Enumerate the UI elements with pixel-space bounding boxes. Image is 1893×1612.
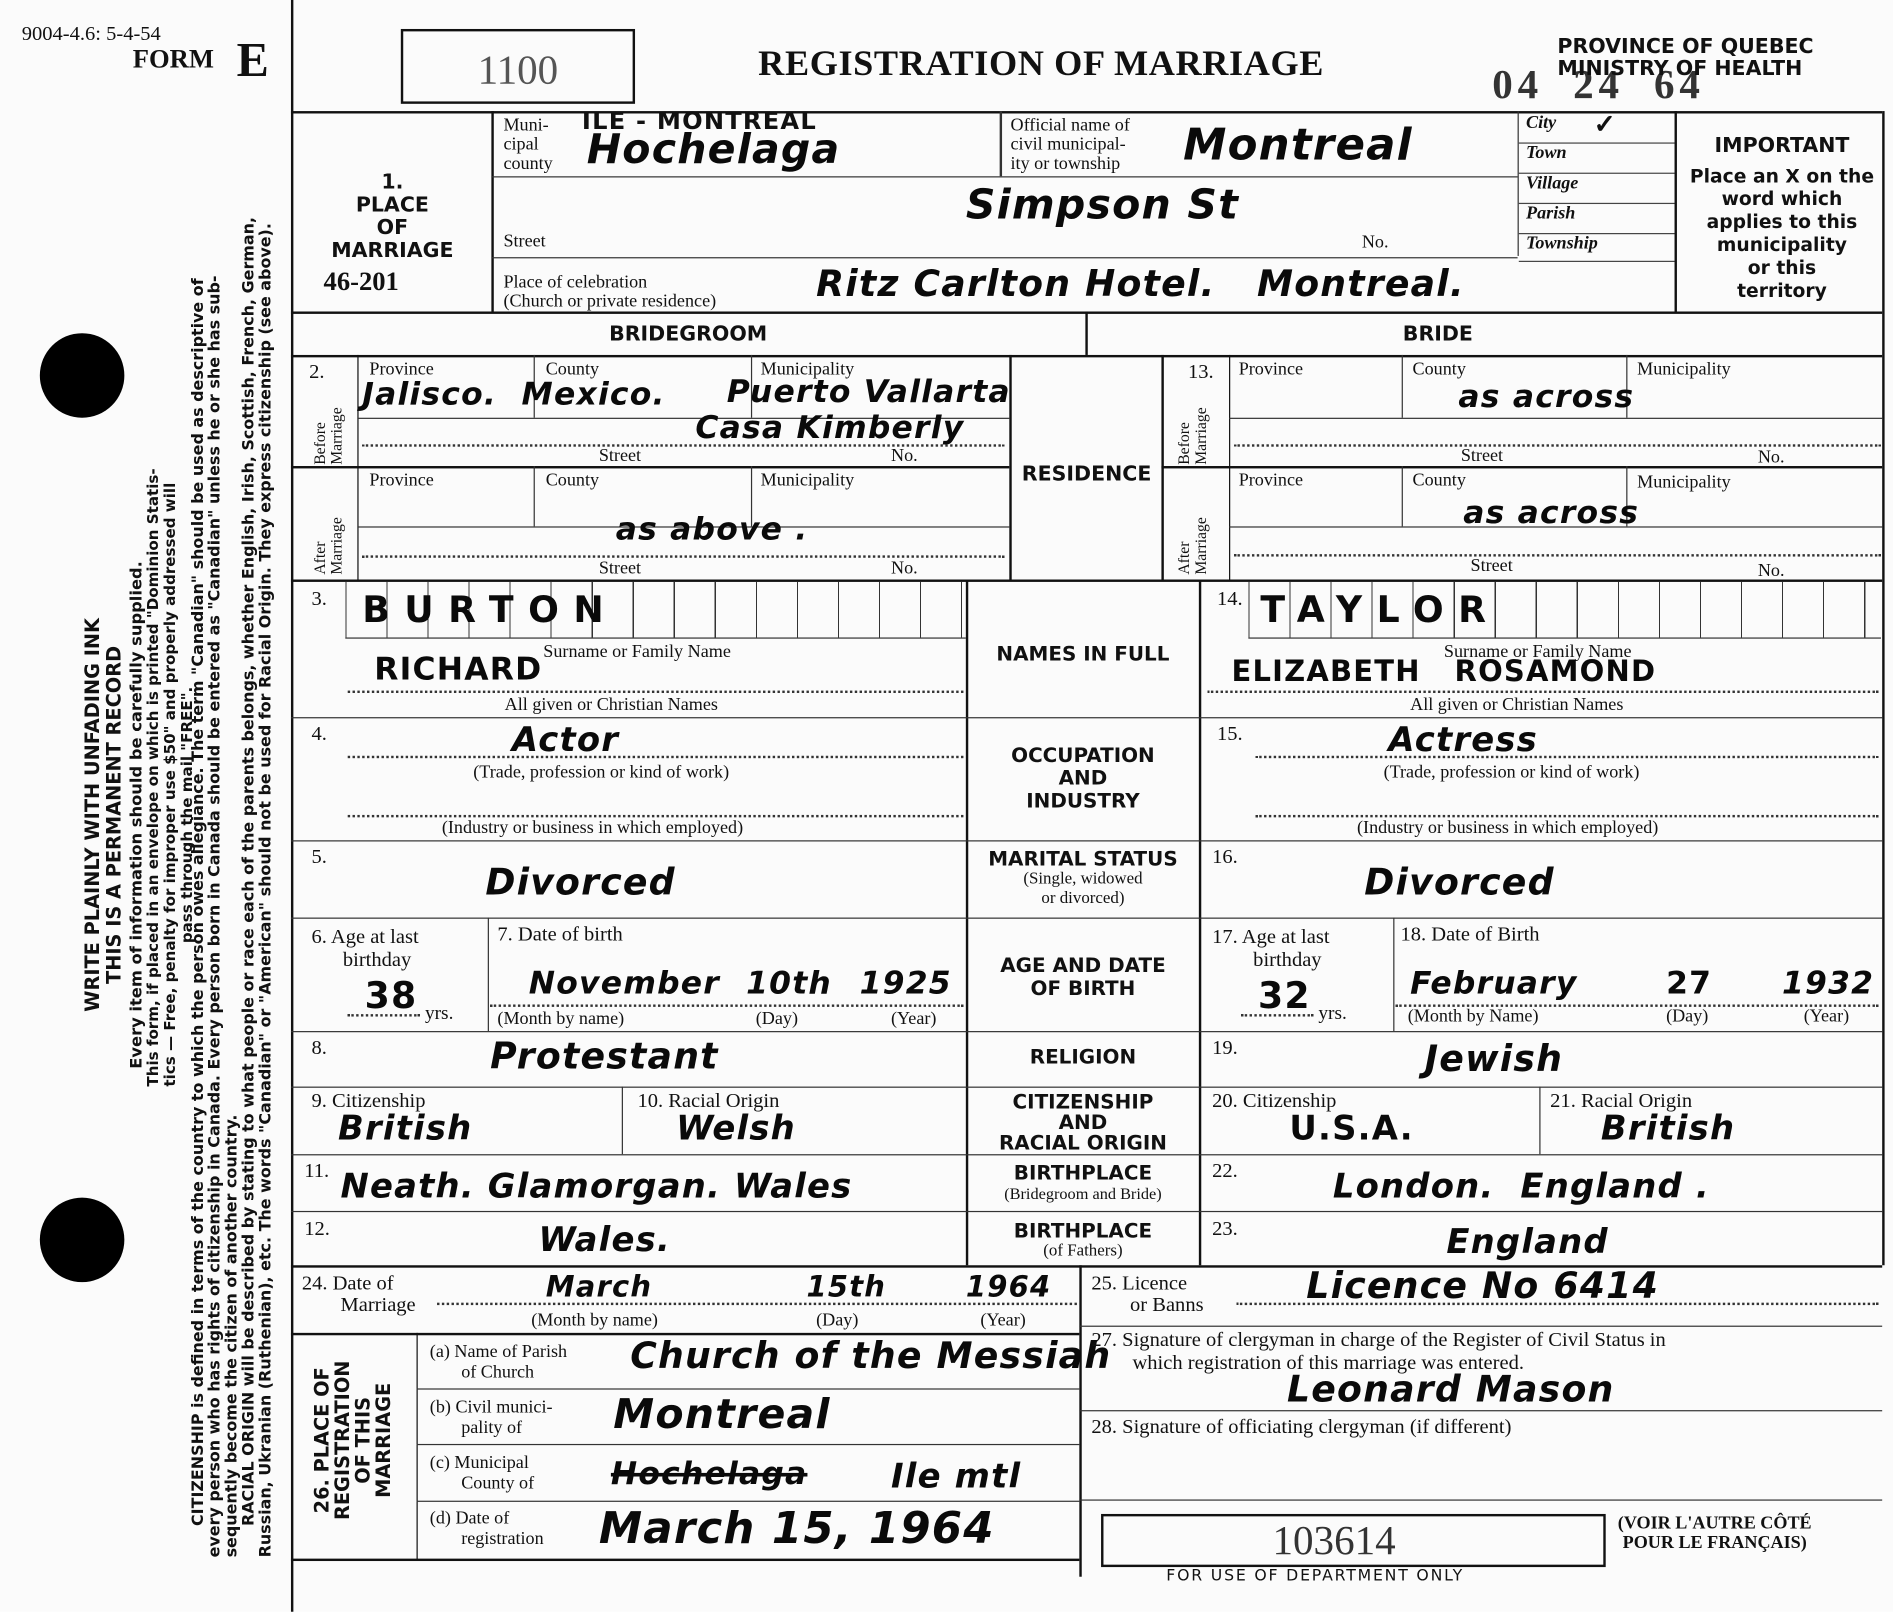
department-number: 103614 <box>1272 1519 1395 1565</box>
label-line: (d) Date of <box>430 1509 544 1530</box>
label-line: Signature of clergyman in charge of the … <box>1122 1328 1666 1351</box>
type-label: Township <box>1526 234 1598 253</box>
registration-date-label: (d) Date ofregistration <box>430 1509 544 1550</box>
groom-before-county[interactable]: Mexico. <box>522 377 666 413</box>
licence-value[interactable]: Licence No 6414 <box>1306 1265 1659 1307</box>
note-line: or this <box>1678 257 1886 280</box>
dotted-line <box>1256 756 1879 758</box>
rule <box>1402 466 1403 526</box>
province-label: Province <box>1239 360 1303 379</box>
groom-marital-status[interactable]: Divorced <box>485 862 675 904</box>
no-label: No. <box>891 447 918 466</box>
label-line: Marriage <box>328 407 345 465</box>
field-number: 2. <box>309 360 324 384</box>
celebration-label: Place of celebration (Church or private … <box>503 273 716 312</box>
rule <box>491 257 1517 258</box>
rule <box>291 840 1882 841</box>
rule <box>291 355 1882 357</box>
municipal-county-label: (c) MunicipalCounty of <box>430 1454 534 1495</box>
rule <box>1079 1265 1081 1576</box>
label-line: Marriage <box>302 1293 416 1316</box>
marital-heading: MARITAL STATUS (Single, widowed or divor… <box>968 848 1197 910</box>
groom-occupation[interactable]: Actor <box>512 720 619 760</box>
field-number: 11. <box>304 1159 329 1183</box>
bride-age[interactable]: 32 <box>1258 975 1311 1017</box>
sig28-signature-field[interactable] <box>1091 1444 1864 1492</box>
notice-line: THIS IS A PERMANENT RECORD <box>104 567 126 1062</box>
groom-birthplace[interactable]: Neath. Glamorgan. Wales <box>340 1166 852 1206</box>
groom-age-label: 6. Age at lastbirthday <box>311 925 418 971</box>
street-label: Street <box>599 559 641 578</box>
field-number: 20. <box>1212 1089 1238 1112</box>
bride-birthplace[interactable]: London. England . <box>1333 1166 1710 1206</box>
month-label: (Month by name) <box>531 1311 658 1330</box>
rule <box>488 918 489 1031</box>
dotted-line <box>348 691 964 693</box>
notice-line: WRITE PLAINLY WITH UNFADING INK <box>82 567 104 1062</box>
check-mark-icon: ✓ <box>1594 109 1616 140</box>
rule <box>291 1154 1882 1155</box>
registration-date-value[interactable]: March 15, 1964 <box>599 1504 995 1553</box>
field-number: 17. <box>1212 925 1238 948</box>
rule <box>622 1087 623 1155</box>
label-line: Marriage <box>1193 517 1210 575</box>
trade-label: (Trade, profession or kind of work) <box>473 763 729 782</box>
dotted-line <box>348 1014 420 1016</box>
label-line: Muni- <box>503 116 552 135</box>
civil-municipality-value[interactable]: Montreal <box>613 1391 830 1439</box>
rule <box>1402 355 1403 418</box>
rule <box>291 1031 1882 1032</box>
day-label: (Day) <box>816 1311 858 1330</box>
label-line: Age at last <box>1242 925 1330 948</box>
label-line: Before <box>311 407 328 465</box>
province-label: Province <box>1239 471 1303 490</box>
place-code: 46-201 <box>324 266 399 297</box>
label-line: County of <box>430 1474 534 1495</box>
label-line: or Banns <box>1091 1293 1203 1316</box>
bride-dob-label: 18. Date of Birth <box>1400 925 1539 944</box>
label-line: civil municipal- <box>1011 135 1130 154</box>
rule <box>1675 111 1677 311</box>
place-heading: 1. PLACE OF MARRIAGE <box>302 171 483 263</box>
label-line: cipal <box>503 135 552 154</box>
parish-label: (a) Name of Parishof Church <box>430 1343 567 1384</box>
marriage-date-label: 24. Date ofMarriage <box>302 1272 416 1315</box>
label-line: (a) Name of Parish <box>430 1343 567 1364</box>
label-line: registration <box>430 1530 544 1551</box>
form-code: 9004-4.6: 5-4-54 <box>22 22 161 46</box>
heading-line: AND <box>968 767 1197 790</box>
field-number: 12. <box>304 1217 330 1241</box>
province-label: Province <box>369 471 433 490</box>
street-value[interactable]: Simpson St <box>966 181 1239 229</box>
bride-heading: BRIDE <box>1088 324 1788 347</box>
street-label: Street <box>1461 447 1503 466</box>
field-number: 5. <box>311 845 326 869</box>
county-label: County <box>546 471 599 490</box>
heading-line: RACIAL ORIGIN <box>968 1132 1197 1153</box>
before-marriage-label: BeforeMarriage <box>1176 407 1210 465</box>
note-line: (VOIR L'AUTRE CÔTÉ <box>1618 1514 1812 1533</box>
rule <box>417 1444 1080 1445</box>
field-number: 8. <box>311 1036 326 1060</box>
rule <box>417 1388 1080 1389</box>
rule <box>1161 466 1882 468</box>
given-names-label: All given or Christian Names <box>505 695 718 714</box>
french-note: (VOIR L'AUTRE CÔTÉ POUR LE FRANÇAIS) <box>1618 1514 1812 1553</box>
heading-line: 26. PLACE OF <box>311 1338 332 1543</box>
note-line: municipality <box>1678 234 1886 257</box>
marriage-month[interactable]: March <box>546 1270 653 1304</box>
type-label: City <box>1526 113 1556 132</box>
county-label: County <box>1413 360 1466 379</box>
bride-given-names[interactable]: ELIZABETH ROSAMOND <box>1231 654 1656 688</box>
heading-line: MARRIAGE <box>373 1338 394 1543</box>
dotted-line <box>348 815 964 817</box>
paragraph-line: RACIAL ORIGIN will be described by stati… <box>241 72 258 1557</box>
field-number: 28. <box>1091 1415 1117 1438</box>
field-number: 16. <box>1212 845 1238 869</box>
label-line: Date of birth <box>518 922 623 945</box>
province-heading: PROVINCE OF QUEBEC MINISTRY OF HEALTH <box>1557 36 1813 79</box>
bride-age-label: 17. Age at lastbirthday <box>1212 925 1329 971</box>
rule <box>1000 111 1002 176</box>
groom-before-street[interactable]: Casa Kimberly <box>695 410 964 446</box>
dotted-line <box>1256 815 1879 817</box>
important-title: IMPORTANT <box>1678 135 1886 158</box>
ministry-line: MINISTRY OF HEALTH <box>1557 58 1813 80</box>
rule <box>417 1501 1080 1502</box>
rule <box>1199 580 1201 1266</box>
age-heading: AGE AND DATE OF BIRTH <box>968 954 1197 1000</box>
month-label: (Month by name) <box>497 1009 624 1028</box>
citizenship-paragraph: CITIZENSHIP is defined in terms of the c… <box>191 72 276 1557</box>
heading-line: BIRTHPLACE <box>968 1161 1197 1184</box>
citizenship-heading: CITIZENSHIP AND RACIAL ORIGIN <box>968 1091 1197 1153</box>
groom-surname[interactable]: BURTON <box>362 589 618 631</box>
surname-label: Surname or Family Name <box>543 642 731 661</box>
heading-line: OF <box>302 217 483 240</box>
occupation-heading: OCCUPATION AND INDUSTRY <box>968 744 1197 813</box>
rule <box>1229 418 1882 419</box>
father-birthplace-heading: BIRTHPLACE (of Fathers) <box>968 1219 1197 1261</box>
rule <box>1882 111 1884 1265</box>
groom-dob-year[interactable]: 1925 <box>860 966 952 1002</box>
municipal-county-value[interactable]: Ile mtl <box>891 1456 1021 1496</box>
heading-line: AND <box>968 1112 1197 1133</box>
heading-line: BIRTHPLACE <box>968 1219 1197 1242</box>
marriage-day[interactable]: 15th <box>806 1270 886 1304</box>
municipality-label: Municipality <box>1637 473 1731 492</box>
groom-given-names[interactable]: RICHARD <box>374 652 542 688</box>
yrs-label: yrs. <box>425 1004 453 1023</box>
given-names-label: All given or Christian Names <box>1410 695 1623 714</box>
type-village[interactable]: Village <box>1519 174 1675 204</box>
day-label: (Day) <box>756 1009 798 1028</box>
municipality-label: Municipality <box>761 471 855 490</box>
bride-before-county[interactable]: as across <box>1458 379 1634 415</box>
bride-dob-month[interactable]: February <box>1410 966 1577 1002</box>
heading-line: INDUSTRY <box>968 790 1197 813</box>
heading-line: AGE AND DATE <box>968 954 1197 977</box>
county-label: County <box>1413 471 1466 490</box>
municipal-county-struck-value: Hochelaga <box>611 1456 808 1492</box>
names-heading: NAMES IN FULL <box>968 642 1197 665</box>
residence-heading: RESIDENCE <box>1012 464 1162 487</box>
dotted-line <box>1207 691 1878 693</box>
field-number: 3. <box>311 587 326 611</box>
department-label: FOR USE OF DEPARTMENT ONLY <box>1166 1567 1464 1585</box>
registration-heading: 26. PLACE OF REGISTRATION OF THIS MARRIA… <box>311 1338 393 1543</box>
paragraph-line: This form, if placed in an envelope on w… <box>145 543 162 1086</box>
groom-after-street[interactable]: as above . <box>616 512 809 548</box>
rule <box>291 1559 1079 1561</box>
heading-line: OF BIRTH <box>968 977 1197 1000</box>
licence-label: 25. Licenceor Banns <box>1091 1272 1203 1315</box>
groom-before-province[interactable]: Jalisco. <box>362 377 497 413</box>
type-township[interactable]: Township <box>1519 234 1675 262</box>
day-label: (Day) <box>1666 1007 1708 1026</box>
rule <box>1079 1326 1882 1327</box>
label-line: pality of <box>430 1419 553 1440</box>
groom-religion[interactable]: Protestant <box>490 1036 719 1078</box>
important-note: IMPORTANT Place an X on the word which a… <box>1678 135 1886 303</box>
municipality-type-list: City✓ Town Village Parish Township <box>1519 113 1675 261</box>
parish-value[interactable]: Church of the Messiah <box>630 1335 1111 1377</box>
no-label: No. <box>1758 448 1785 467</box>
stamp-number-box: 1100 <box>401 29 635 104</box>
field-number: 21. <box>1550 1089 1576 1112</box>
type-town[interactable]: Town <box>1519 144 1675 174</box>
write-plainly-notice: WRITE PLAINLY WITH UNFADING INK THIS IS … <box>82 567 125 1062</box>
type-label: Parish <box>1526 204 1575 223</box>
dotted-line <box>348 756 964 758</box>
label-line: birthday <box>311 948 411 971</box>
punch-hole-bottom <box>40 1198 125 1283</box>
label-line: (b) Civil munici- <box>430 1398 553 1419</box>
note-line: applies to this <box>1678 211 1886 234</box>
field-number: 18. <box>1400 922 1426 945</box>
celebration-value[interactable]: Ritz Carlton Hotel. Montreal. <box>816 263 1465 305</box>
dotted-line <box>1241 1014 1313 1016</box>
heading-sub: (Bridegroom and Bride) <box>968 1184 1197 1203</box>
groom-dob-label: 7. Date of birth <box>497 925 622 944</box>
label-line: Official name of <box>1011 116 1130 135</box>
department-box: 103614 <box>1101 1514 1606 1567</box>
label-line: Age at last <box>331 925 419 948</box>
industry-label: (Industry or business in which employed) <box>1357 819 1658 838</box>
note-line: Place an X on the <box>1678 165 1886 188</box>
field-number: 22. <box>1212 1159 1238 1183</box>
heading-line: OCCUPATION <box>968 744 1197 767</box>
dotted-line <box>1234 444 1881 446</box>
bride-dob-year[interactable]: 1932 <box>1782 966 1874 1002</box>
field-number: 10. <box>637 1089 663 1112</box>
paragraph-line: every person who has rights of citizensh… <box>208 72 225 1557</box>
month-label: (Month by Name) <box>1408 1007 1539 1026</box>
trade-label: (Trade, profession or kind of work) <box>1384 763 1640 782</box>
groom-dob-month[interactable]: November <box>529 966 720 1002</box>
rule <box>291 1087 1882 1088</box>
rule <box>291 466 1009 468</box>
heading-line: REGISTRATION <box>332 1338 353 1543</box>
rule <box>417 1333 418 1560</box>
field-number: 24. <box>302 1271 328 1294</box>
page-title: REGISTRATION OF MARRIAGE <box>758 43 1324 84</box>
bride-citizenship[interactable]: U.S.A. <box>1289 1108 1413 1148</box>
groom-dob-day[interactable]: 10th <box>746 966 832 1002</box>
no-label: No. <box>1758 561 1785 580</box>
paragraph-line: CITIZENSHIP is defined in terms of the c… <box>191 72 208 1557</box>
field-number: 4. <box>311 722 326 746</box>
groom-father-birthplace[interactable]: Wales. <box>538 1219 671 1259</box>
after-marriage-label: AfterMarriage <box>311 517 345 575</box>
field-number: 19. <box>1212 1036 1238 1060</box>
type-label: Town <box>1526 144 1567 163</box>
rule <box>491 176 1517 177</box>
groom-age[interactable]: 38 <box>365 975 418 1017</box>
label-line: Date of <box>333 1271 394 1294</box>
bride-father-birthplace[interactable]: England <box>1446 1222 1608 1262</box>
mailing-paragraph: Every item of information should be care… <box>128 543 196 1086</box>
type-city[interactable]: City✓ <box>1519 113 1675 143</box>
no-label: No. <box>1362 233 1389 252</box>
label-line: Date of Birth <box>1431 922 1539 945</box>
county-value[interactable]: Hochelaga <box>587 126 841 174</box>
before-marriage-label: BeforeMarriage <box>311 407 345 465</box>
field-number: 6. <box>311 925 326 948</box>
label-line: county <box>503 155 552 174</box>
label-line: After <box>311 517 328 575</box>
no-label: No. <box>891 559 918 578</box>
field-number: 14. <box>1217 587 1243 611</box>
label-line: Signature of officiating clergyman (if d… <box>1122 1415 1511 1438</box>
groom-racial-origin[interactable]: Welsh <box>676 1108 796 1148</box>
rule <box>291 918 1882 919</box>
yrs-label: yrs. <box>1318 1004 1346 1023</box>
rule <box>1079 1499 1882 1500</box>
heading-line: PLACE <box>302 194 483 217</box>
province-line: PROVINCE OF QUEBEC <box>1557 36 1813 58</box>
dotted-line <box>1236 1303 1878 1305</box>
dotted-line <box>490 1004 963 1006</box>
heading-line: CITIZENSHIP <box>968 1091 1197 1112</box>
field-number: 15. <box>1217 722 1243 746</box>
paragraph-line: Russian, Ukranian (Ruthenian), etc. The … <box>258 72 275 1557</box>
form-label: FORM <box>133 43 214 74</box>
year-label: (Year) <box>980 1311 1025 1330</box>
type-parish[interactable]: Parish <box>1519 204 1675 234</box>
civil-municipality-label: (b) Civil munici-pality of <box>430 1398 553 1439</box>
label-line: Marriage <box>328 517 345 575</box>
heading-line: MARITAL STATUS <box>968 848 1197 871</box>
bride-racial-origin[interactable]: British <box>1601 1108 1735 1148</box>
label-line: (Church or private residence) <box>503 292 716 311</box>
bride-dob-day[interactable]: 27 <box>1666 966 1712 1002</box>
heading-sub: or divorced) <box>968 890 1197 909</box>
paragraph-line: sequently become the citizen of another … <box>225 72 242 1557</box>
rule <box>491 111 493 311</box>
field-number: 13. <box>1188 360 1214 384</box>
label-line: Marriage <box>1193 407 1210 465</box>
year-label: (Year) <box>1804 1007 1849 1026</box>
marriage-registration-form: 9004-4.6: 5-4-54 FORM E 1100 REGISTRATIO… <box>0 0 1893 1612</box>
bride-marital-status[interactable]: Divorced <box>1364 862 1554 904</box>
label-line: (c) Municipal <box>430 1454 534 1475</box>
groom-citizenship[interactable]: British <box>338 1108 472 1148</box>
field-number: 23. <box>1212 1217 1238 1241</box>
religion-heading: RELIGION <box>968 1046 1197 1069</box>
street-label: Street <box>599 447 641 466</box>
field-number: 7. <box>497 922 512 945</box>
note-line: word which <box>1678 188 1886 211</box>
section-number: 1. <box>302 171 483 194</box>
dotted-line <box>437 1303 1077 1305</box>
industry-label: (Industry or business in which employed) <box>442 819 743 838</box>
paragraph-line: Every item of information should be care… <box>128 543 145 1086</box>
sig27-signature[interactable]: Leonard Mason <box>1287 1369 1615 1411</box>
rule <box>1229 526 1882 527</box>
rule <box>1079 1410 1882 1411</box>
margin-divider <box>291 0 293 1612</box>
sig27-label: 27. Signature of clergyman in charge of … <box>1091 1328 1665 1374</box>
note-line: POUR LE FRANÇAIS) <box>1618 1533 1812 1552</box>
paragraph-line: tics — Free, penalty for improper use $5… <box>162 543 179 1086</box>
rule <box>291 1211 1882 1212</box>
marriage-year[interactable]: 1964 <box>966 1270 1051 1304</box>
official-name-label: Official name of civil municipal- ity or… <box>1011 116 1130 174</box>
street-label: Street <box>1470 557 1512 576</box>
heading-sub: (Single, widowed <box>968 870 1197 889</box>
bride-religion[interactable]: Jewish <box>1425 1038 1564 1080</box>
municipality-label: Municipality <box>1637 360 1731 379</box>
label-line: ity or township <box>1011 155 1130 174</box>
dotted-line <box>362 555 1004 557</box>
label-line: birthday <box>1212 948 1321 971</box>
label-line: Place of celebration <box>503 273 716 292</box>
heading-sub: (of Fathers) <box>968 1242 1197 1261</box>
heading-line: OF THIS <box>353 1338 374 1543</box>
field-number: 25. <box>1091 1271 1117 1294</box>
punch-hole-top <box>40 333 125 418</box>
bridegroom-heading: BRIDEGROOM <box>291 324 1085 347</box>
field-number: 9. <box>311 1089 326 1112</box>
label-line: After <box>1176 517 1193 575</box>
rule <box>291 717 1882 718</box>
stamp-number: 1100 <box>403 48 632 94</box>
rule <box>1539 1087 1540 1155</box>
groom-before-municipality[interactable]: Puerto Vallarta <box>727 374 1011 410</box>
rule <box>534 466 535 526</box>
birthplace-heading: BIRTHPLACE (Bridegroom and Bride) <box>968 1161 1197 1203</box>
county-label: Muni- cipal county <box>503 116 552 174</box>
bride-surname[interactable]: TAYLOR <box>1260 589 1500 631</box>
year-label: (Year) <box>891 1009 936 1028</box>
note-line: territory <box>1678 280 1886 303</box>
official-name-value[interactable]: Montreal <box>1183 121 1413 170</box>
dotted-line <box>1234 554 1881 556</box>
label-line: Licence <box>1122 1271 1187 1294</box>
label-line: of Church <box>430 1363 567 1384</box>
rule <box>1393 918 1394 1031</box>
heading-line: MARRIAGE <box>302 240 483 263</box>
type-label: Village <box>1526 174 1578 193</box>
bride-occupation[interactable]: Actress <box>1388 720 1538 760</box>
after-marriage-label: AfterMarriage <box>1176 517 1210 575</box>
label-line: Before <box>1176 407 1193 465</box>
sig28-label: 28. Signature of officiating clergyman (… <box>1091 1417 1511 1436</box>
